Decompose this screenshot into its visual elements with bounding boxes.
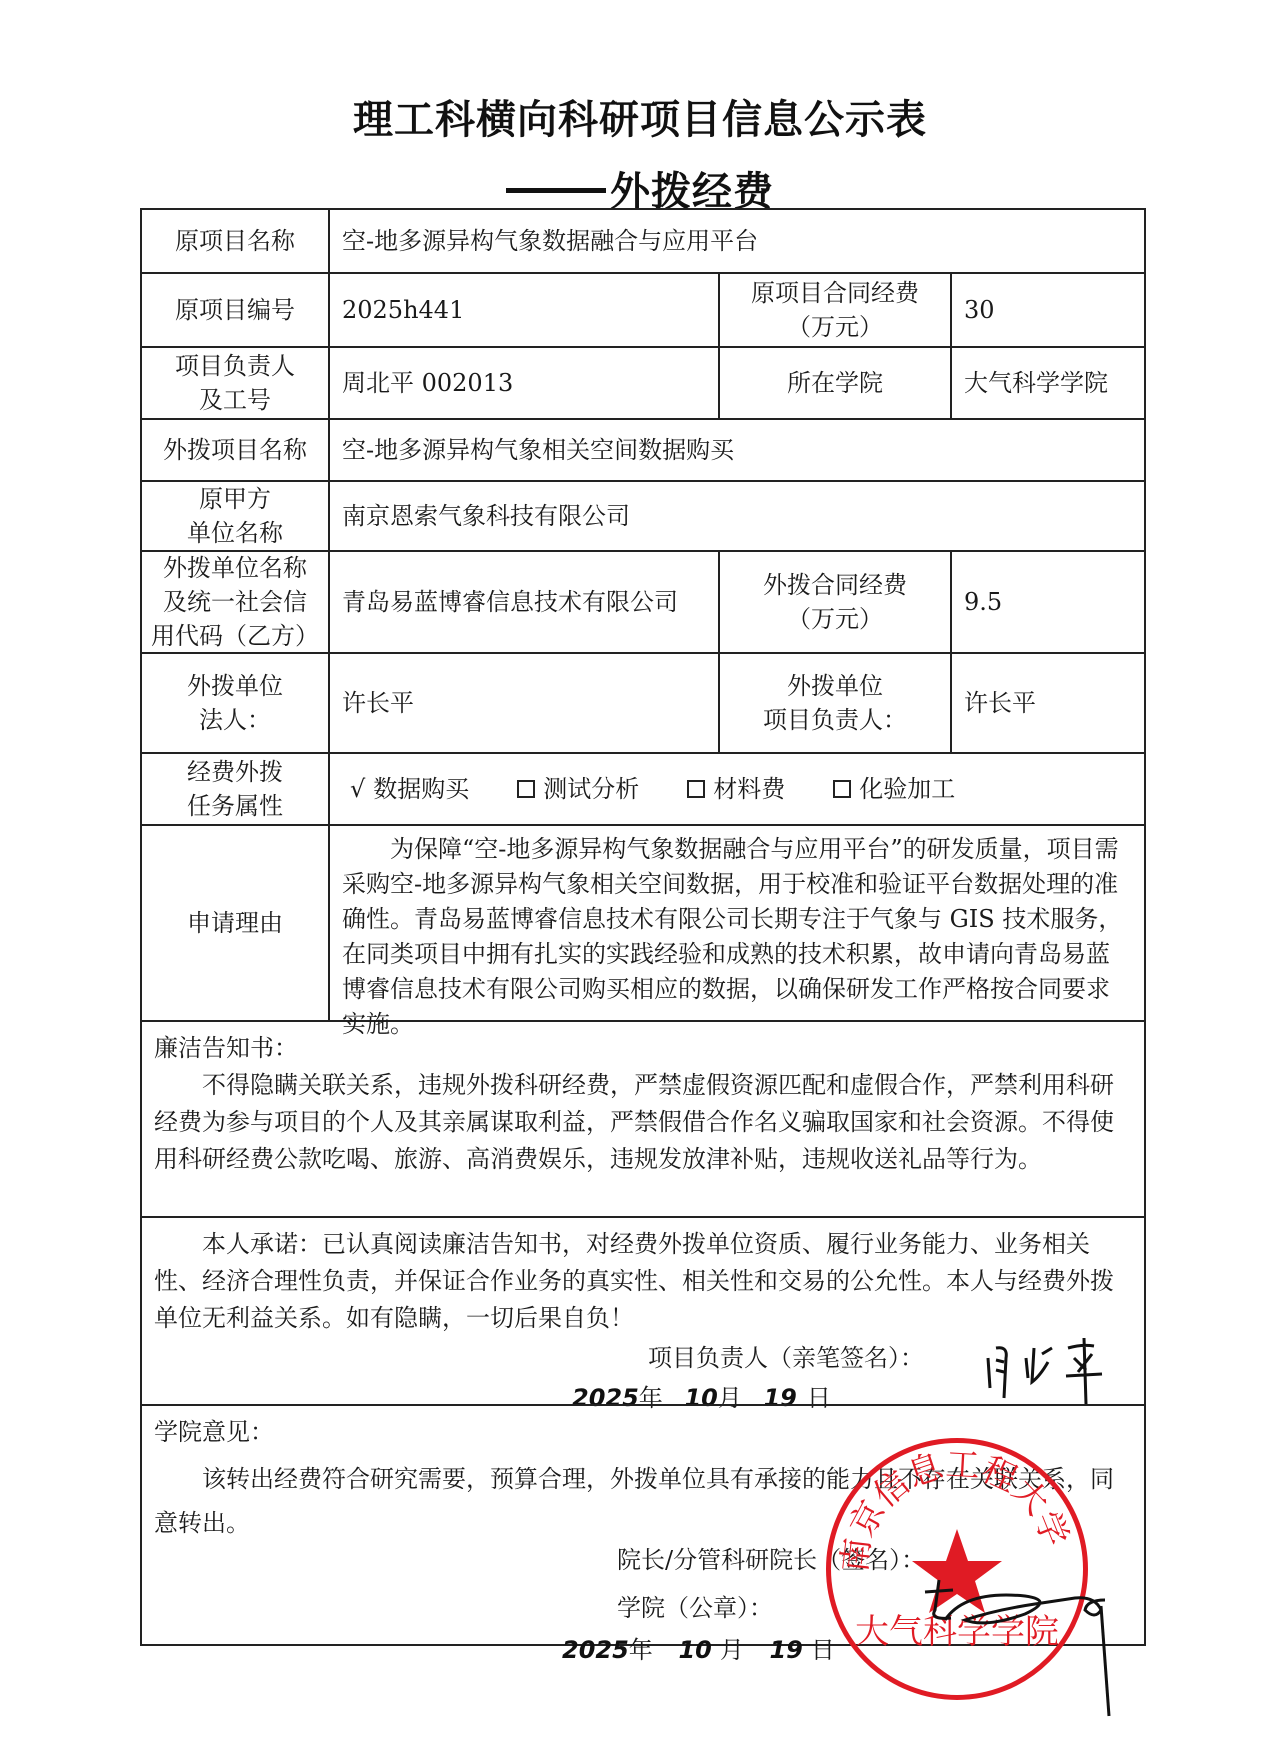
date-month: 10 (678, 1636, 711, 1664)
row-outsourced-project-name: 外拨项目名称 空-地多源异构气象相关空间数据购买 (142, 418, 1144, 480)
college-opinion-section: 学院意见： 该转出经费符合研究需要，预算合理，外拨单位具有承接的能力且不存在关联… (142, 1404, 1144, 1644)
empty-checkbox-icon (517, 780, 535, 798)
label-line: （万元） (751, 310, 919, 344)
row-outsourced-unit: 外拨单位名称 及统一社会信 用代码（乙方） 青岛易蓝博睿信息技术有限公司 外拨合… (142, 550, 1144, 652)
checkbox-label: 材料费 (713, 772, 785, 806)
label-original-project-name: 原项目名称 (142, 210, 328, 272)
checkbox-label: 化验加工 (859, 772, 955, 806)
label-line: 项目负责人： (763, 703, 907, 737)
document-title: 理工科横向科研项目信息公示表 (0, 88, 1280, 145)
value-outsourced-unit: 青岛易蓝博睿信息技术有限公司 (328, 552, 718, 652)
checkbox-material-fee[interactable]: 材料费 (687, 772, 785, 806)
date-unit: 年 (629, 1636, 653, 1664)
checkbox-lab-processing[interactable]: 化验加工 (833, 772, 955, 806)
date-year: 2025 (562, 1636, 629, 1664)
label-line: 用代码（乙方） (151, 619, 319, 653)
label-line: 原甲方 (187, 482, 283, 516)
value-outsourced-project-name: 空-地多源异构气象相关空间数据购买 (328, 420, 1144, 480)
college-opinion-heading: 学院意见： (154, 1414, 1132, 1451)
date-unit: 月 (720, 1636, 744, 1664)
em-dash-decoration (506, 188, 606, 193)
leader-signature-label: 项目负责人（亲笔签名）： (648, 1344, 924, 1372)
pledge-section: 本人承诺：已认真阅读廉洁告知书，对经费外拨单位资质、履行业务能力、业务相关性、经… (142, 1216, 1144, 1404)
task-attribute-options: √ 数据购买 测试分析 材料费 化验加工 (328, 754, 1144, 824)
label-line: 外拨单位名称 (151, 551, 319, 585)
value-college: 大气科学学院 (950, 348, 1144, 418)
value-outsourced-contract-funds: 9.5 (950, 552, 1144, 652)
label-line: 外拨合同经费 (763, 568, 907, 602)
label-line: 及工号 (175, 383, 295, 417)
college-seal-line: 学院（公章）： (617, 1590, 773, 1627)
checkbox-test-analysis[interactable]: 测试分析 (517, 772, 639, 806)
label-outsourced-project-name: 外拨项目名称 (142, 420, 328, 480)
college-sign-date: 2025年 10月 19日 (562, 1632, 835, 1669)
date-unit: 日 (811, 1636, 835, 1664)
row-original-party-a: 原甲方 单位名称 南京恩索气象科技有限公司 (142, 480, 1144, 550)
integrity-notice-text: 不得隐瞒关联关系，违规外拨科研经费，严禁虚假资源匹配和虚假合作，严禁利用科研经费… (154, 1067, 1132, 1178)
value-original-contract-funds: 30 (950, 274, 1144, 346)
value-project-leader: 周北平 002013 (328, 348, 718, 418)
label-outsourced-unit: 外拨单位名称 及统一社会信 用代码（乙方） (142, 552, 328, 652)
college-opinion-text: 该转出经费符合研究需要，预算合理，外拨单位具有承接的能力且不存在关联关系，同意转… (154, 1457, 1132, 1545)
value-outsourced-leader: 许长平 (950, 654, 1144, 752)
row-task-attribute: 经费外拨 任务属性 √ 数据购买 测试分析 材料费 (142, 752, 1144, 824)
label-college: 所在学院 (718, 348, 950, 418)
dean-signature-line: 院长/分管科研院长（签名）： (617, 1542, 925, 1579)
pledge-text: 本人承诺：已认真阅读廉洁告知书，对经费外拨单位资质、履行业务能力、业务相关性、经… (154, 1226, 1132, 1337)
checkbox-data-purchase[interactable]: √ 数据购买 (350, 772, 469, 806)
label-line: 外拨单位 (187, 669, 283, 703)
label-line: 原项目合同经费 (751, 276, 919, 310)
label-line: 法人： (187, 703, 283, 737)
label-line: 及统一社会信 (151, 585, 319, 619)
row-original-project-id: 原项目编号 2025h441 原项目合同经费 （万元） 30 (142, 272, 1144, 346)
date-day: 19 (769, 1636, 802, 1664)
checkmark-icon: √ (350, 772, 365, 806)
label-outsourced-contract-funds: 外拨合同经费 （万元） (718, 552, 950, 652)
row-original-project-name: 原项目名称 空-地多源异构气象数据融合与应用平台 (142, 210, 1144, 272)
label-line: 单位名称 (187, 516, 283, 550)
label-task-attribute: 经费外拨 任务属性 (142, 754, 328, 824)
label-original-contract-funds: 原项目合同经费 （万元） (718, 274, 950, 346)
value-legal-person: 许长平 (328, 654, 718, 752)
label-original-project-id: 原项目编号 (142, 274, 328, 346)
checkbox-label: 测试分析 (543, 772, 639, 806)
row-legal-person: 外拨单位 法人： 许长平 外拨单位 项目负责人： 许长平 (142, 652, 1144, 752)
label-line: 项目负责人 (175, 349, 295, 383)
row-project-leader: 项目负责人 及工号 周北平 002013 所在学院 大气科学学院 (142, 346, 1144, 418)
info-form-table: 原项目名称 空-地多源异构气象数据融合与应用平台 原项目编号 2025h441 … (140, 208, 1146, 1646)
label-line: 任务属性 (187, 789, 283, 823)
label-line: 经费外拨 (187, 755, 283, 789)
label-reason: 申请理由 (142, 826, 328, 1020)
value-reason: 为保障“空-地多源异构气象数据融合与应用平台”的研发质量，项目需采购空-地多源异… (328, 826, 1144, 1020)
label-outsourced-leader: 外拨单位 项目负责人： (718, 654, 950, 752)
integrity-notice-heading: 廉洁告知书： (154, 1030, 1132, 1067)
row-reason: 申请理由 为保障“空-地多源异构气象数据融合与应用平台”的研发质量，项目需采购空… (142, 824, 1144, 1020)
value-original-project-id: 2025h441 (328, 274, 718, 346)
label-project-leader: 项目负责人 及工号 (142, 348, 328, 418)
integrity-notice-section: 廉洁告知书： 不得隐瞒关联关系，违规外拨科研经费，严禁虚假资源匹配和虚假合作，严… (142, 1020, 1144, 1216)
leader-signature-line: 项目负责人（亲笔签名）： (648, 1340, 924, 1377)
label-line: 外拨单位 (763, 669, 907, 703)
label-line: （万元） (763, 602, 907, 636)
empty-checkbox-icon (687, 780, 705, 798)
label-original-party-a: 原甲方 单位名称 (142, 482, 328, 550)
empty-checkbox-icon (833, 780, 851, 798)
value-original-party-a: 南京恩索气象科技有限公司 (328, 482, 1144, 550)
value-original-project-name: 空-地多源异构气象数据融合与应用平台 (328, 210, 1144, 272)
label-legal-person: 外拨单位 法人： (142, 654, 328, 752)
checkbox-label: 数据购买 (373, 772, 469, 806)
